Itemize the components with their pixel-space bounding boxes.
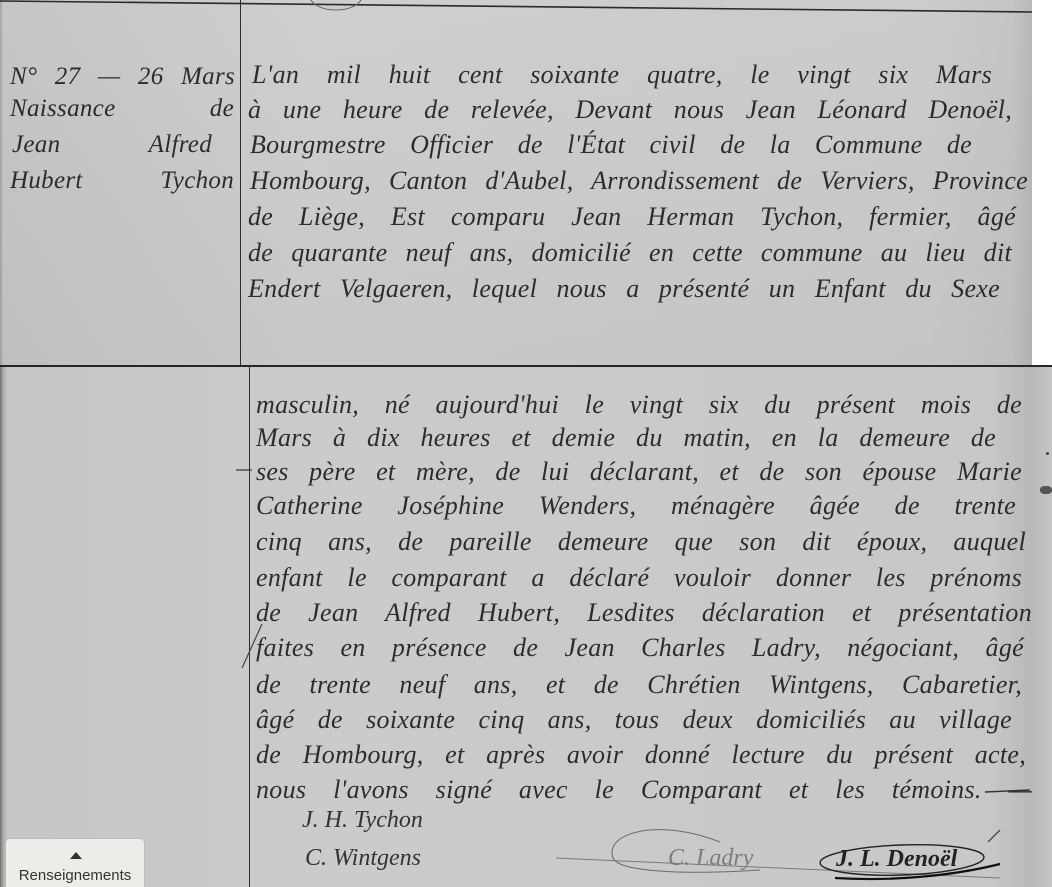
text-line: de quarante neuf ans, domicilié en cette…: [248, 238, 1012, 268]
margin-note-name: Hubert Tychon: [10, 166, 234, 196]
text-line: Hombourg, Canton d'Aubel, Arrondissement…: [250, 166, 1028, 196]
margin-column-rule: [249, 367, 250, 887]
signature-witness-2: C. Ladry: [668, 844, 753, 872]
margin-column-rule: [240, 0, 241, 365]
text-line: ses père et mère, de lui déclarant, et d…: [256, 457, 1022, 487]
text-line: de Hombourg, et après avoir donné lectur…: [256, 740, 1026, 770]
text-line: L'an mil huit cent soixante quatre, le v…: [252, 60, 992, 90]
text-line: cinq ans, de pareille demeure que son di…: [256, 527, 1026, 557]
ink-blot: [1040, 486, 1052, 494]
text-line: masculin, né aujourd'hui le vingt six du…: [256, 390, 1022, 420]
margin-note-given-names: Jean Alfred: [12, 130, 212, 160]
ink-spot: [1046, 452, 1049, 455]
caret-up-icon: [70, 852, 82, 859]
text-line: de Liège, Est comparu Jean Herman Tychon…: [248, 202, 1016, 232]
signature-declarant: J. H. Tychon: [302, 806, 423, 834]
text-line: de trente neuf ans, et de Chrétien Wintg…: [256, 670, 1022, 700]
margin-note-title: Naissance de: [10, 94, 234, 124]
signature-officer: J. L. Denoël: [836, 845, 957, 873]
text-line: Bourgmestre Officier de l'État civil de …: [250, 130, 972, 160]
text-line: âgé de soixante cinq ans, tous deux domi…: [256, 705, 1012, 735]
signature-witness-1: C. Wintgens: [305, 844, 421, 872]
renseignements-toggle-button[interactable]: Renseignements: [5, 838, 145, 887]
margin-note-record-number: N° 27 — 26 Mars: [10, 62, 235, 92]
renseignements-label: Renseignements: [6, 867, 144, 885]
register-page-upper: N° 27 — 26 Mars Naissance de Jean Alfred…: [0, 0, 1032, 365]
text-line: Endert Velgaeren, lequel nous a présenté…: [248, 274, 1000, 304]
text-line: Catherine Joséphine Wenders, ménagère âg…: [256, 491, 1016, 521]
text-line: Mars à dix heures et demie du matin, en …: [256, 423, 996, 453]
text-line: nous l'avons signé avec le Comparant et …: [256, 775, 1032, 805]
text-line: enfant le comparant a déclaré vouloir do…: [256, 563, 1022, 593]
document-image-viewer[interactable]: N° 27 — 26 Mars Naissance de Jean Alfred…: [0, 0, 1052, 887]
text-line: faites en présence de Jean Charles Ladry…: [256, 633, 1024, 663]
text-line: à une heure de relevée, Devant nous Jean…: [248, 95, 1012, 125]
text-line: de Jean Alfred Hubert, Lesdites déclarat…: [256, 598, 1032, 628]
